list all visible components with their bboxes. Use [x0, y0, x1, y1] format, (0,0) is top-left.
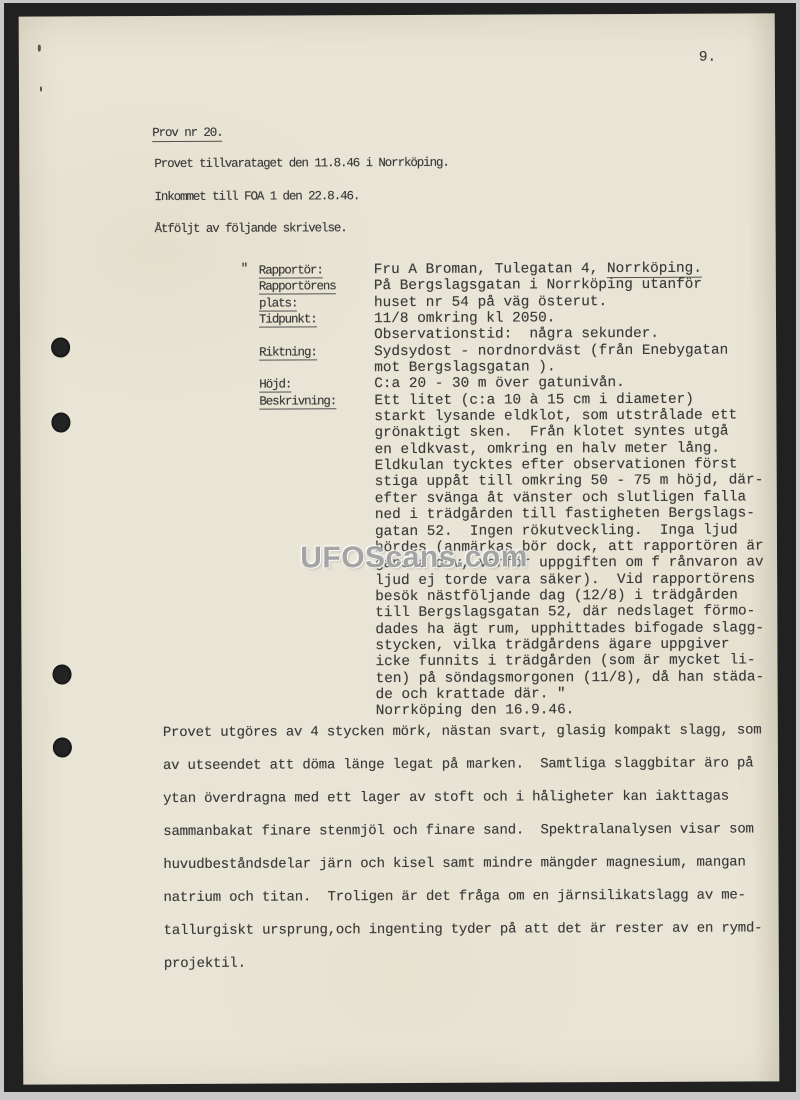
analysis-line: projektil. — [164, 945, 763, 981]
field-label — [261, 714, 376, 715]
paper-speck — [40, 87, 42, 92]
analysis-line: huvudbeståndsdelar järn och kisel samt m… — [163, 846, 762, 882]
field-value: Ett litet (c:a 10 à 15 cm i diameter) — [374, 391, 694, 409]
field-label — [260, 584, 375, 585]
field-label — [259, 420, 374, 421]
field-label — [260, 633, 375, 634]
field-label — [261, 682, 376, 683]
field-label — [260, 535, 375, 536]
watermark: UFOScans.com — [269, 540, 559, 575]
field-label — [260, 600, 375, 601]
paper-speck — [38, 45, 41, 52]
field-label — [260, 437, 375, 438]
paper-sheet: 9. Prov nr 20. Provet tillvarataget den … — [19, 13, 780, 1084]
field-label: Riktning: — [259, 344, 374, 361]
analysis-line: ytan överdragna med ett lager av stoft o… — [163, 780, 762, 816]
letter-open-quote: " — [241, 262, 247, 276]
scanned-page: 9. Prov nr 20. Provet tillvarataget den … — [0, 0, 800, 1100]
field-value: grönaktigt sken. Från klotet syntes utgå — [374, 424, 728, 442]
field-value: besök nästföljande dag (12/8) i trädgård… — [375, 587, 738, 605]
field-label — [260, 616, 375, 617]
field-label: Höjd: — [259, 377, 374, 394]
analysis-line: sammanbakat finare stenmjöl och finare s… — [163, 813, 762, 849]
analysis-line: av utseendet att döma länge legat på mar… — [163, 747, 762, 783]
field-label: Tidpunkt: — [259, 311, 374, 328]
punch-hole — [51, 337, 70, 357]
document-title: Prov nr 20. — [152, 126, 222, 142]
field-label — [259, 371, 374, 372]
field-value: ned i trädgården till fastigheten Bergsl… — [375, 506, 755, 524]
field-value: Sydsydost - nordnordväst (från Enebygata… — [374, 342, 728, 360]
field-value: Fru A Broman, Tulegatan 4, Norrköping. — [374, 261, 702, 279]
punch-hole — [51, 412, 70, 432]
analysis-line: natrium och titan. Troligen är det fråga… — [163, 879, 762, 915]
intro-block: Provet tillvarataget den 11.8.46 i Norrk… — [154, 147, 449, 246]
field-value: stycken, vilka trädgårdens ägare uppgive… — [375, 636, 729, 654]
field-value: de och krattade där. " — [376, 686, 566, 703]
field-value: dades ha ägt rum, upphittades bifogade s… — [375, 620, 764, 638]
field-value: stiga uppåt till omkring 50 - 75 m höjd,… — [375, 473, 764, 491]
field-value: efter svänga åt vänster och slutligen fa… — [375, 489, 746, 507]
field-label: plats: — [259, 295, 374, 312]
field-value: Observationstid: några sekunder. — [374, 326, 659, 344]
field-label — [261, 665, 376, 666]
field-label — [259, 338, 374, 339]
page-number: 9. — [699, 50, 716, 66]
field-value: mot Bergslagsgatan ). — [374, 359, 555, 376]
analysis-line: tallurgiskt ursprung,och ingenting tyder… — [164, 912, 763, 948]
field-value: På Bergslagsgatan i Norrköping utanför — [374, 277, 702, 295]
field-value: en eldkvast, omkring en halv meter lång. — [375, 440, 721, 458]
field-label — [260, 518, 375, 519]
intro-line: Åtföljt av följande skrivelse. — [155, 212, 450, 246]
field-value: 11/8 omkring kl 2050. — [374, 310, 555, 327]
analysis-paragraph: Provet utgöres av 4 stycken mörk, nästan… — [163, 714, 763, 981]
field-value: gatan 52. Ingen rökutveckling. Inga ljud — [375, 522, 738, 540]
field-label: Beskrivning: — [259, 393, 374, 410]
intro-line: Inkommet till FOA 1 den 22.8.46. — [154, 179, 449, 213]
field-row: Riktning: Sydsydost - nordnordväst (från… — [259, 342, 763, 361]
field-label: Rapportörens — [259, 278, 374, 295]
field-value: till Bergslagsgatan 52, där nedslaget fö… — [375, 604, 755, 622]
field-label — [260, 453, 375, 454]
field-label — [260, 649, 375, 650]
field-row: Rapportörens På Bergslagsgatan i Norrköp… — [259, 277, 763, 296]
field-label: Rapportör: — [259, 262, 374, 279]
analysis-line: Provet utgöres av 4 stycken mörk, nästan… — [163, 714, 762, 750]
field-value: ten) på söndagsmorgonen (11/8), då han s… — [376, 669, 765, 687]
field-label — [260, 469, 375, 470]
field-value: C:a 20 - 30 m över gatunivån. — [374, 375, 625, 392]
field-label — [260, 502, 375, 503]
field-label — [260, 486, 375, 487]
field-value: huset nr 54 på väg österut. — [374, 294, 607, 311]
punch-hole — [53, 664, 72, 684]
letter-block: Rapportör: Fru A Broman, Tulegatan 4, No… — [259, 260, 765, 720]
field-value: icke funnits i trädgården (som är mycket… — [375, 653, 755, 671]
intro-line: Provet tillvarataget den 11.8.46 i Norrk… — [154, 147, 449, 181]
field-label — [261, 698, 376, 699]
field-row: ten) på söndagsmorgonen (11/8), då han s… — [261, 669, 765, 688]
punch-hole — [53, 737, 72, 757]
